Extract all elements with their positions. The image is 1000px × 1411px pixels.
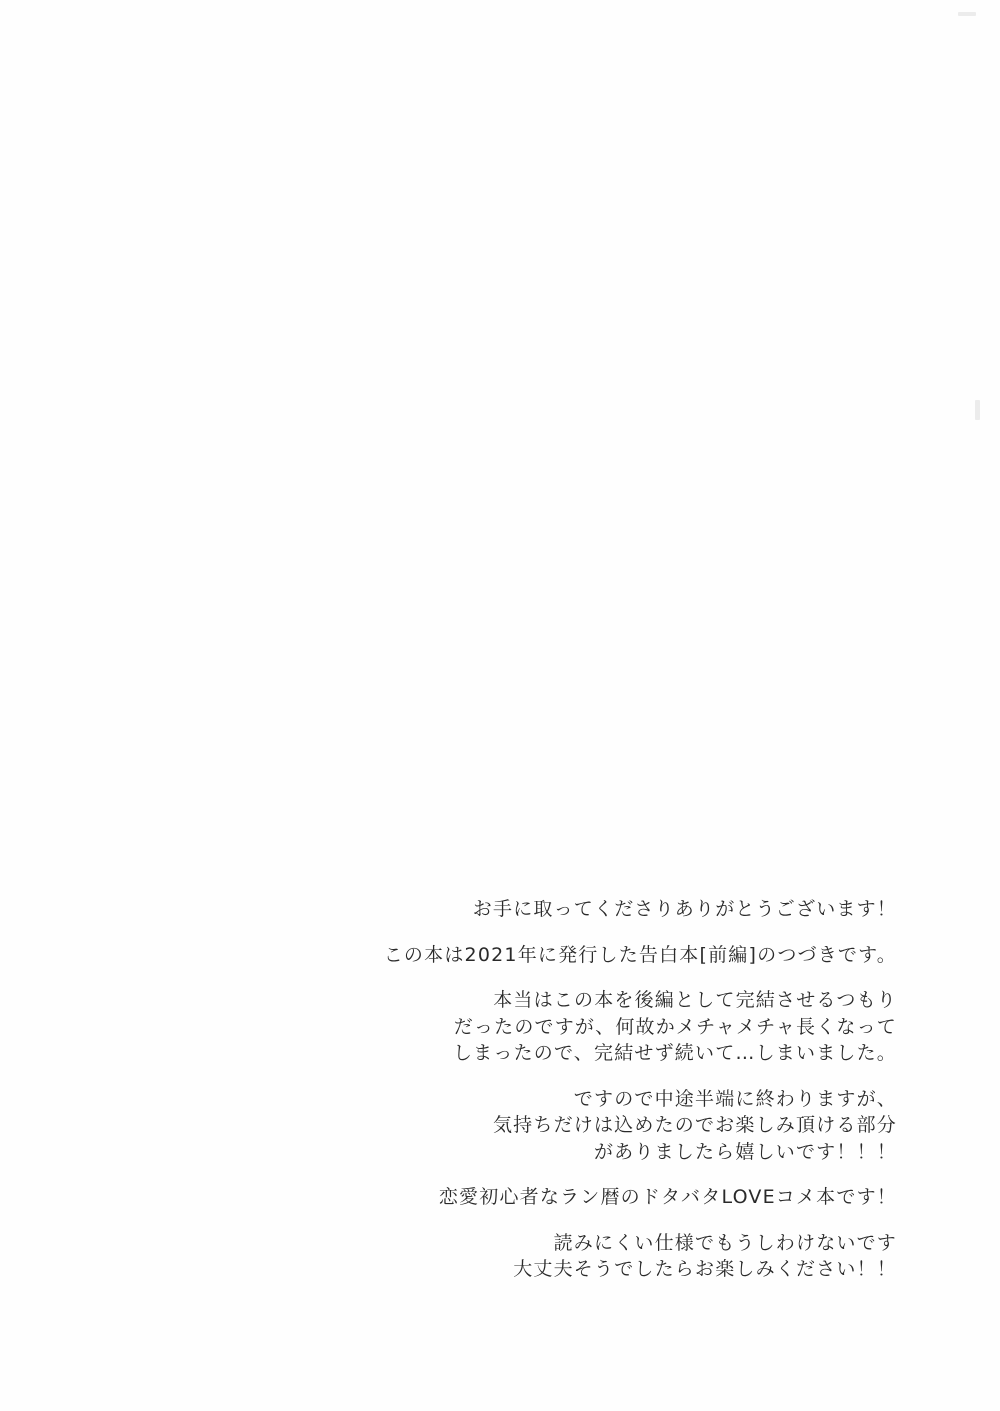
text-line: 読みにくい仕様でもうしわけないです (337, 1230, 897, 1257)
paragraph-genre: 恋愛初心者なラン暦のドタバタLOVEコメ本です！ (337, 1184, 897, 1211)
document-page: お手に取ってくださりありがとうございます！ この本は2021年に発行した告白本[… (0, 0, 1000, 1411)
paragraph-thanks: お手に取ってくださりありがとうございます！ (337, 896, 897, 923)
afterword-text: お手に取ってくださりありがとうございます！ この本は2021年に発行した告白本[… (337, 896, 897, 1302)
text-line: しまったので、完結せず続いて…しまいました。 (337, 1040, 897, 1067)
paragraph-sequel-note: この本は2021年に発行した告白本[前編]のつづきです。 (337, 942, 897, 969)
text-line: 気持ちだけは込めたのでお楽しみ頂ける部分 (337, 1112, 897, 1139)
text-line: だったのですが、何故かメチャメチャ長くなって (337, 1014, 897, 1041)
text-line: 恋愛初心者なラン暦のドタバタLOVEコメ本です！ (337, 1184, 897, 1211)
text-line: がありましたら嬉しいです！！！ (337, 1139, 897, 1166)
text-line: ですので中途半端に終わりますが、 (337, 1086, 897, 1113)
text-line: 本当はこの本を後編として完結させるつもり (337, 987, 897, 1014)
paragraph-apology: ですので中途半端に終わりますが、 気持ちだけは込めたのでお楽しみ頂ける部分 があ… (337, 1086, 897, 1166)
text-line: お手に取ってくださりありがとうございます！ (337, 896, 897, 923)
text-line: 大丈夫そうでしたらお楽しみください！！ (337, 1256, 897, 1283)
paragraph-explanation: 本当はこの本を後編として完結させるつもり だったのですが、何故かメチャメチャ長く… (337, 987, 897, 1067)
text-line: この本は2021年に発行した告白本[前編]のつづきです。 (337, 942, 897, 969)
scan-speck (958, 12, 976, 16)
scan-speck (975, 400, 980, 420)
paragraph-closing: 読みにくい仕様でもうしわけないです 大丈夫そうでしたらお楽しみください！！ (337, 1230, 897, 1283)
